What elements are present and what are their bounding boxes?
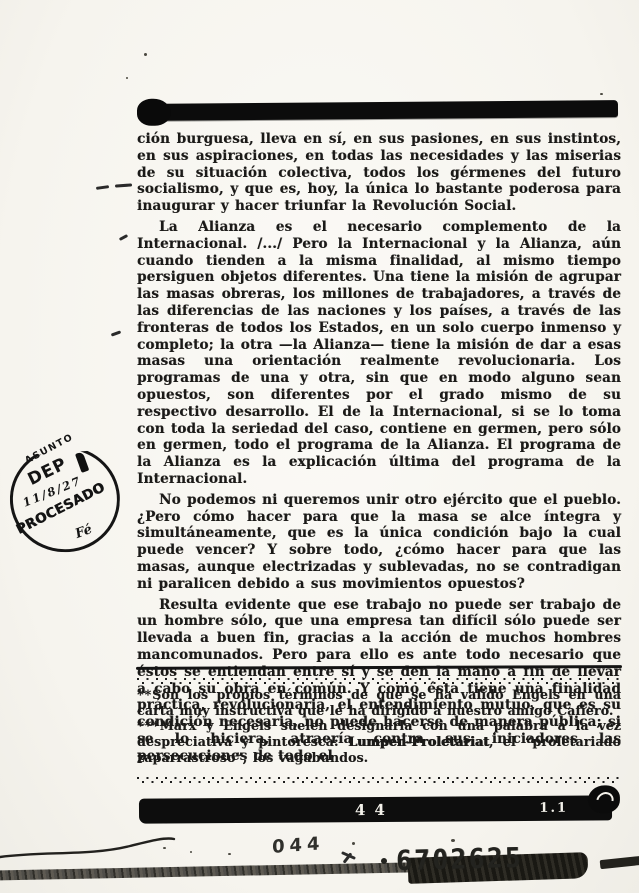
dotted-separator bbox=[137, 777, 621, 784]
page-number: 44 bbox=[355, 801, 394, 819]
spiral-mark bbox=[593, 789, 617, 812]
footnote-term: Lumpen-Proletariat bbox=[348, 734, 489, 749]
top-ink-bar bbox=[140, 100, 618, 121]
speckle bbox=[451, 839, 455, 842]
body-paragraph: La Alianza es el necesario complemento d… bbox=[137, 219, 621, 488]
body-paragraph: ción burguesa, lleva en sí, en sus pasio… bbox=[137, 131, 621, 215]
bottom-ink-bar: 44 1.1 bbox=[139, 795, 612, 823]
ink-dot bbox=[381, 858, 387, 864]
ink-blob-spiral bbox=[588, 785, 620, 813]
footnote-marker: *** bbox=[137, 718, 160, 733]
handwritten-number: 044 bbox=[272, 833, 324, 858]
pen-mark bbox=[111, 330, 121, 336]
speckle bbox=[228, 853, 231, 855]
body-text: ción burguesa, lleva en sí, en sus pasio… bbox=[137, 131, 621, 768]
footnote-marker: ** bbox=[137, 687, 152, 702]
footnote-block: **Son los propios términos de que se ha … bbox=[137, 687, 621, 766]
serial-number-stamp: 6702625 bbox=[396, 843, 524, 878]
dotted-separator bbox=[137, 678, 621, 685]
processing-stamp: ASUNTO DEP 11/8/27 PROCESADO Fé bbox=[0, 428, 135, 572]
speckle bbox=[126, 77, 128, 79]
body-paragraph: No podemos ni queremos unir otro ejércit… bbox=[137, 492, 621, 593]
scanned-document-page: ción burguesa, lleva en sí, en sus pasio… bbox=[0, 0, 639, 893]
speckle bbox=[352, 842, 355, 845]
smudge-fragment bbox=[600, 856, 639, 869]
footnote-text: Son los propios términos de que se ha va… bbox=[137, 687, 621, 718]
pen-mark bbox=[96, 185, 109, 189]
speckle bbox=[144, 53, 147, 56]
pen-mark bbox=[115, 183, 132, 187]
footnote: ***Marx y Engels suelen designarla con u… bbox=[137, 718, 621, 765]
speckle bbox=[600, 93, 603, 95]
footnote: **Son los propios términos de que se ha … bbox=[137, 687, 621, 718]
ink-blob bbox=[137, 99, 171, 126]
bar-scribble: 1.1 bbox=[539, 801, 568, 816]
pen-mark bbox=[119, 234, 128, 241]
